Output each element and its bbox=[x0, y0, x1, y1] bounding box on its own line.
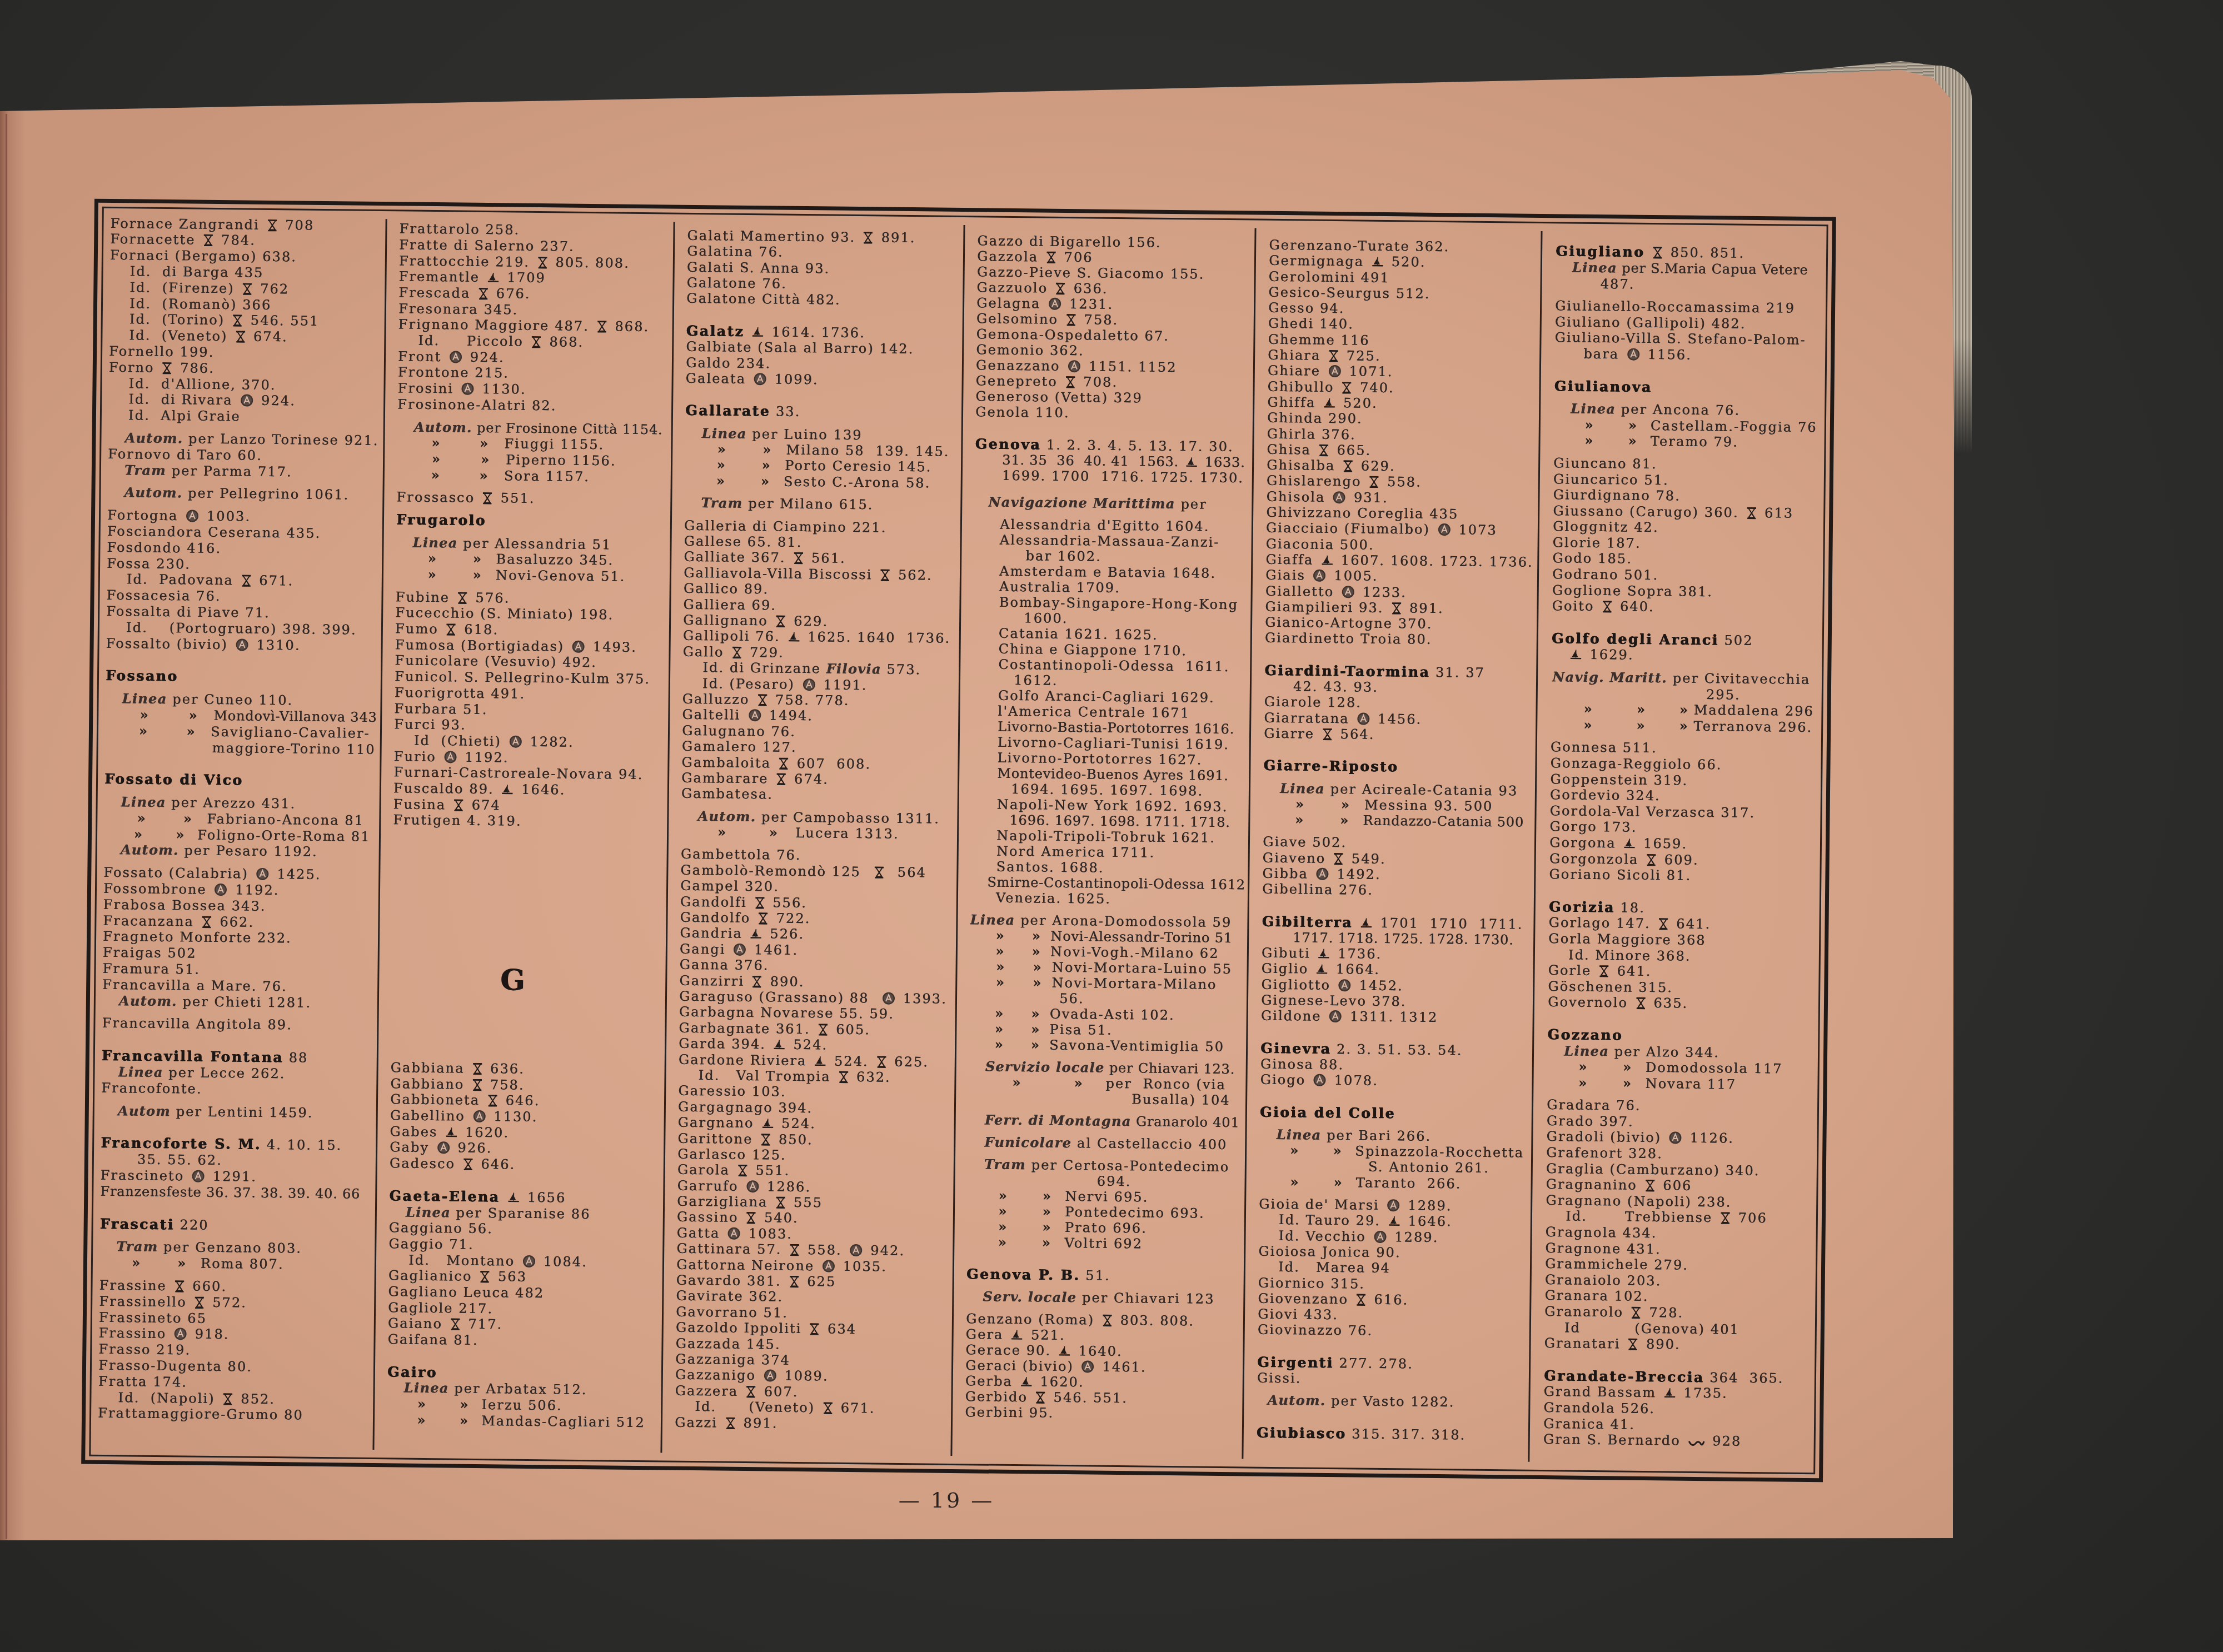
line-text: Fornovo di Taro 60. bbox=[108, 446, 262, 464]
entry-text: Gavardo 381. bbox=[676, 1272, 787, 1289]
service-type-label: Tram bbox=[701, 495, 742, 511]
station-heading-name: Gorizia bbox=[1549, 899, 1615, 915]
entry-text: 607 608. bbox=[791, 755, 871, 771]
ditto-mark-icon: » bbox=[1340, 812, 1348, 828]
entry-text: Piperno 1156. bbox=[506, 452, 616, 468]
connection-line: Autom. per Vasto 1282. bbox=[1257, 1393, 1527, 1411]
line-text: Sora 1157. bbox=[504, 468, 590, 485]
entry-text: 1291. bbox=[207, 1169, 257, 1185]
line-text: Gera 521. bbox=[966, 1326, 1065, 1343]
entry-text: 1612. bbox=[1014, 672, 1058, 688]
tram-icon bbox=[1065, 376, 1075, 388]
entry-text: per Luino 139 bbox=[746, 426, 862, 443]
tram-icon bbox=[776, 772, 786, 785]
entry-text: 1646. bbox=[1402, 1214, 1452, 1230]
entry-text: 1393. bbox=[898, 991, 947, 1007]
line-text: Gazzo di Bigarello 156. bbox=[977, 233, 1162, 250]
entry-text: Granara 102. bbox=[1544, 1288, 1648, 1305]
bus-icon bbox=[802, 678, 815, 691]
line-text: Gelagna 1231. bbox=[976, 295, 1113, 312]
entry-text: 625 bbox=[801, 1274, 836, 1290]
entry-text: Basaluzzo 345. bbox=[496, 552, 614, 568]
line-text: Gabbiano 758. bbox=[390, 1076, 525, 1093]
line-text: Ierzu 506. bbox=[481, 1397, 562, 1414]
line-text: Frattamaggiore-Grumo 80 bbox=[98, 1405, 303, 1424]
line-text: Giovinazzo 76. bbox=[1258, 1322, 1373, 1339]
index-entry: Frosinone-Alatri 82. bbox=[397, 396, 670, 415]
entry-text: Gragnone 431. bbox=[1545, 1240, 1661, 1257]
line-text: Ghisalba 629. bbox=[1267, 457, 1395, 475]
line-text: Ginosa 88. bbox=[1260, 1056, 1344, 1073]
entry-text: Gazzola bbox=[977, 248, 1044, 264]
entry-text: Garessio 103. bbox=[678, 1083, 786, 1100]
ditto-mark-icon: » bbox=[176, 827, 184, 843]
station-heading-name: Ginevra bbox=[1260, 1040, 1331, 1056]
entry-text: Fornovo di Taro 60. bbox=[108, 446, 262, 463]
ditto-connection-line: »»Randazzo-Catania 500 bbox=[1263, 812, 1533, 830]
line-text: 56. bbox=[1059, 991, 1084, 1006]
entry-text: 635. bbox=[1648, 995, 1688, 1011]
line-text: Gazzuolo 636. bbox=[976, 280, 1108, 296]
index-entry: Frattamaggiore-Grumo 80 bbox=[98, 1405, 371, 1424]
entry-text: Gaglianico bbox=[388, 1268, 478, 1285]
line-text: Giais 1005. bbox=[1265, 567, 1378, 584]
line-text: Generoso (Vetta) 329 bbox=[975, 388, 1143, 406]
line-text: Frabosa Bossea 343. bbox=[103, 897, 266, 915]
entry-text: Fossalta di Piave 71. bbox=[106, 603, 270, 621]
entry-text: 572. bbox=[207, 1295, 247, 1311]
entry-text: Giampilieri 93. bbox=[1265, 599, 1389, 616]
line-text: Gissi. bbox=[1257, 1370, 1302, 1386]
line-text: Frasso-Dugenta 80. bbox=[98, 1357, 252, 1375]
line-text: Frattarolo 258. bbox=[399, 221, 520, 238]
entry-text: Novara 117 bbox=[1645, 1076, 1736, 1092]
service-type-label: Linea bbox=[970, 911, 1015, 928]
bus-icon bbox=[1357, 712, 1370, 725]
entry-text: Id. Marea 94 bbox=[1278, 1259, 1390, 1276]
bus-icon bbox=[472, 1110, 486, 1123]
line-text: Gerbido 546. 551. bbox=[965, 1389, 1128, 1406]
entry-text: 636. bbox=[485, 1061, 525, 1077]
entry-text: 616. bbox=[1368, 1292, 1408, 1308]
entry-text: 2. 3. 51. 53. 54. bbox=[1331, 1041, 1463, 1058]
connection-line: Tram per Parma 717. bbox=[108, 462, 381, 481]
bus-icon bbox=[882, 992, 895, 1005]
entry-text: Giovinazzo 76. bbox=[1258, 1322, 1373, 1339]
entry-text: 1425. bbox=[271, 866, 321, 882]
line-text: Gioia del Colle bbox=[1260, 1104, 1395, 1121]
tram-icon bbox=[194, 1296, 205, 1309]
entry-text: Goppenstein 319. bbox=[1550, 771, 1688, 788]
entry-text: per Milano 615. bbox=[742, 496, 873, 512]
line-text: Gerbini 95. bbox=[965, 1404, 1054, 1421]
index-entry: Francavilla Angitola 89. bbox=[102, 1015, 375, 1034]
line-text: Galugnano 76. bbox=[682, 723, 796, 740]
line-text: Giubiasco 315. 317. 318. bbox=[1257, 1425, 1466, 1443]
section-heading: Giarre-Riposto bbox=[1263, 758, 1533, 776]
entry-text: 931. bbox=[1348, 490, 1388, 506]
bus-icon bbox=[256, 867, 269, 881]
entry-text: Id. Val Trompia bbox=[698, 1067, 836, 1085]
entry-text: Godo 185. bbox=[1552, 551, 1632, 567]
entry-text: 1600. bbox=[1024, 610, 1068, 626]
index-entry: Fossalto (bivio) 1310. bbox=[106, 635, 379, 654]
entry-text: 646. bbox=[500, 1093, 540, 1109]
entry-text: Franzensfeste 36. 37. 38. 39. 40. 66 bbox=[100, 1184, 360, 1202]
entry-text: Roma 807. bbox=[201, 1256, 284, 1272]
line-text: Ghiffa 520. bbox=[1267, 395, 1378, 411]
line-text: Gargagnago 394. bbox=[678, 1099, 813, 1116]
ship-icon bbox=[1316, 963, 1328, 976]
connection-line: Autom. per Pellegrino 1061. bbox=[107, 485, 381, 503]
line-text: Ghislarengo 558. bbox=[1267, 473, 1422, 490]
entry-text: Francofonte. bbox=[101, 1080, 202, 1097]
ditto-mark-icon: » bbox=[1333, 1143, 1341, 1159]
line-text: Foligno-Orte-Roma 81 bbox=[197, 827, 371, 845]
line-text: Forno 786. bbox=[109, 360, 215, 377]
line-text: Ghisola 931. bbox=[1266, 489, 1388, 506]
station-heading-name: Gozzano bbox=[1547, 1026, 1623, 1043]
entry-text: al Castellaccio 400 bbox=[1071, 1135, 1227, 1152]
entry-text: Galatina 76. bbox=[687, 243, 784, 260]
ship-icon bbox=[1321, 554, 1333, 567]
line-text: Gambatesa. bbox=[681, 786, 773, 802]
tram-icon bbox=[457, 591, 468, 604]
entry-text: 33. bbox=[770, 404, 800, 420]
entry-text: 641. bbox=[1612, 963, 1652, 979]
line-text: Gattorna Neirone 1035. bbox=[676, 1256, 887, 1274]
entry-text: per Campobasso 1311. bbox=[756, 809, 940, 826]
tram-icon bbox=[450, 1318, 460, 1331]
line-text: Autom. per Vasto 1282. bbox=[1267, 1393, 1454, 1410]
entry-text: per Chieti 1281. bbox=[177, 994, 311, 1011]
entry-text: Furci 93. bbox=[394, 717, 466, 733]
entry-text: Gaggio 71. bbox=[388, 1236, 473, 1252]
entry-text: Gorgo 173. bbox=[1549, 819, 1637, 836]
line-text: 1629. bbox=[1567, 647, 1633, 663]
entry-text: Livorno-Portotorres 1627. bbox=[997, 750, 1202, 767]
line-text: Gairo bbox=[387, 1364, 437, 1381]
entry-text: 1192. bbox=[459, 749, 509, 765]
entry-text: Frignano Maggiore 487. bbox=[398, 317, 595, 335]
line-text: 42. 43. 93. bbox=[1293, 678, 1378, 695]
line-text: Giarre 564. bbox=[1264, 726, 1375, 742]
service-type-label: Autom. bbox=[119, 992, 177, 1009]
ditto-connection-line: »»Roma 807. bbox=[99, 1255, 373, 1274]
line-text: Gonnesa 511. bbox=[1551, 740, 1657, 757]
bus-icon bbox=[240, 394, 253, 407]
ditto-mark-icon: » bbox=[432, 451, 440, 467]
index-column-2: Frattarolo 258.Fratte di Salerno 237.Fra… bbox=[373, 211, 674, 1460]
entry-text: Funicol. S. Pellegrino-Kulm 375. bbox=[395, 669, 650, 687]
tram-icon bbox=[789, 1244, 800, 1256]
line-text: Giave 502. bbox=[1263, 834, 1347, 851]
entry-text: Gemonio 362. bbox=[976, 342, 1084, 358]
line-text: Busalla) 104 bbox=[1132, 1091, 1230, 1108]
ditto-mark-icon: » bbox=[1628, 417, 1637, 433]
entry-text: Gesico-Seurgus 512. bbox=[1268, 285, 1430, 302]
line-text: Giampilieri 93. 891. bbox=[1265, 599, 1444, 617]
entry-text: Gragnano (Napoli) 238. bbox=[1546, 1192, 1731, 1210]
service-type-label: Autom. bbox=[1267, 1392, 1325, 1409]
service-type-label: Linea bbox=[1280, 780, 1325, 797]
bus-icon bbox=[1048, 297, 1061, 310]
entry-text: 364 365. bbox=[1704, 1370, 1783, 1386]
line-text: Frugarolo bbox=[396, 512, 486, 528]
entry-text: Garbagna Novarese 55. 59. bbox=[679, 1004, 894, 1022]
tram-icon bbox=[863, 231, 874, 244]
index-entry: Giardinetto Troia 80. bbox=[1265, 630, 1535, 648]
entry-text: Fumosa (Bortigiadas) bbox=[395, 637, 570, 654]
entry-text: Gesso 94. bbox=[1268, 300, 1344, 316]
entry-text: Gloggnitz 42. bbox=[1553, 518, 1659, 535]
line-text: Gerba 1620. bbox=[965, 1373, 1084, 1390]
ship-icon bbox=[1020, 1375, 1032, 1388]
line-text: maggiore-Torino 110 bbox=[212, 740, 376, 757]
line-text: 1612. bbox=[1014, 672, 1058, 688]
tram-icon bbox=[809, 1322, 820, 1335]
line-text: Fumo 618. bbox=[395, 621, 499, 638]
entry-text: 1493. bbox=[587, 639, 637, 655]
line-text: Grandate-Breccia 364 365. bbox=[1544, 1368, 1784, 1386]
line-text: Galliera 69. bbox=[683, 596, 776, 613]
line-text: Mandas-Cagliari 512 bbox=[481, 1413, 645, 1431]
entry-text: Gerba bbox=[965, 1373, 1018, 1389]
ship-icon bbox=[1318, 947, 1330, 960]
entry-text: 524. bbox=[787, 1037, 828, 1053]
line-text: Gigliotto 1452. bbox=[1261, 976, 1403, 994]
entry-text: Sora 1157. bbox=[504, 468, 590, 485]
line-text: Maddalena 296 bbox=[1693, 702, 1814, 720]
station-heading-name: Genova P. B. bbox=[966, 1266, 1080, 1283]
ship-icon bbox=[1623, 837, 1636, 850]
entry-text: Gordevio 324. bbox=[1550, 787, 1661, 803]
entry-text: Frossasco bbox=[396, 490, 480, 506]
entry-text: 722. bbox=[771, 910, 811, 926]
entry-text: Frassine bbox=[99, 1277, 172, 1294]
entry-text: Lucera 1313. bbox=[795, 825, 899, 842]
entry-text: Id. Tauro 29. bbox=[1279, 1212, 1386, 1229]
entry-text: China e Giappone 1710. bbox=[998, 641, 1187, 658]
bus-icon bbox=[849, 1244, 863, 1257]
line-text: Gerenzano-Turate 362. bbox=[1269, 237, 1449, 255]
line-text: Gemona-Ospedaletto 67. bbox=[976, 326, 1169, 344]
entry-text: Fiuggi 1155. bbox=[504, 436, 604, 453]
entry-text: Galatone 76. bbox=[686, 275, 787, 292]
line-text: Ghedi 140. bbox=[1268, 316, 1354, 332]
entry-text: Giardinetto Troia 80. bbox=[1265, 630, 1432, 647]
entry-text: per Alessandria 51 bbox=[457, 535, 611, 552]
line-text: Gragnano (Napoli) 238. bbox=[1546, 1192, 1731, 1210]
line-text: Grammichele 279. bbox=[1545, 1256, 1688, 1273]
service-type-label: Servizio locale bbox=[985, 1058, 1105, 1075]
entry-text: 708 bbox=[280, 217, 314, 233]
entry-text: Id. (Firenze) bbox=[129, 280, 240, 296]
line-text: Fosdondo 416. bbox=[107, 540, 221, 557]
entry-text: 660. bbox=[187, 1279, 227, 1295]
line-text: Alessandria-Massaua-Zanzi- bbox=[1000, 532, 1220, 550]
line-text: 1717. 1718. 1725. 1728. 1730. bbox=[1293, 930, 1514, 947]
entry-text: Gavirate 362. bbox=[676, 1288, 783, 1305]
line-text: Id (Chieti) 1282. bbox=[414, 733, 574, 751]
entry-text: Gallignano bbox=[683, 612, 774, 629]
entry-text: Id. (Pesaro) bbox=[702, 676, 800, 692]
line-text: Id. di Grinzane Filovia 573. bbox=[702, 660, 921, 678]
tram-icon bbox=[725, 1416, 736, 1429]
entry-text: Galati S. Anna 93. bbox=[687, 259, 830, 276]
ditto-mark-icon: » bbox=[480, 436, 488, 452]
entry-text: 662. bbox=[214, 914, 254, 930]
entry-text: Ghislarengo bbox=[1267, 473, 1367, 490]
entry-text: 42. 43. 93. bbox=[1293, 678, 1378, 695]
entry-text: Gaiano bbox=[388, 1316, 448, 1332]
section-heading: Giubiasco 315. 317. 318. bbox=[1257, 1425, 1527, 1443]
ditto-mark-icon: » bbox=[1042, 1219, 1050, 1235]
line-text: Serv. locale per Chiavari 123 bbox=[983, 1289, 1214, 1306]
tram-icon bbox=[1055, 282, 1066, 295]
line-text: Mondovì-Villanova 343 bbox=[213, 708, 377, 726]
ditto-mark-icon: » bbox=[1290, 1174, 1298, 1190]
entry-text: 1659. bbox=[1638, 836, 1687, 852]
tram-icon bbox=[876, 1055, 886, 1068]
line-text: Galtelli 1494. bbox=[682, 707, 813, 724]
line-text: Giardinetto Troia 80. bbox=[1265, 630, 1432, 647]
ditto-mark-icon: » bbox=[427, 567, 436, 583]
line-text: Novi-Vogh.-Milano 62 bbox=[1050, 944, 1219, 961]
line-text: Gorizia 18. bbox=[1549, 899, 1645, 916]
connection-line: Autom. per Pesaro 1192. bbox=[104, 842, 377, 861]
entry-text: Granatari bbox=[1544, 1335, 1626, 1352]
entry-text: Busalla) 104 bbox=[1132, 1091, 1230, 1108]
ship-icon bbox=[1569, 648, 1582, 661]
line-text: Giarratana 1456. bbox=[1264, 710, 1422, 727]
ditto-mark-icon: » bbox=[1031, 1021, 1039, 1037]
line-text: Giulianova bbox=[1554, 378, 1652, 395]
index-entry: Genola 110. bbox=[975, 404, 1251, 422]
line-text: Furci 93. bbox=[394, 717, 466, 733]
tram-icon bbox=[789, 1275, 799, 1288]
ditto-mark-icon: » bbox=[137, 810, 145, 826]
entry-text: Gibuti bbox=[1262, 945, 1316, 961]
line-text: Frassine 660. bbox=[99, 1277, 227, 1295]
entry-text: Gelsomino bbox=[976, 311, 1064, 327]
entry-text: 1699. 1700 1716. 1725. 1730. bbox=[1002, 467, 1244, 486]
line-text: Linea per Lecce 262. bbox=[118, 1064, 285, 1082]
ship-icon bbox=[507, 1191, 520, 1204]
entry-text: 629. bbox=[1355, 458, 1395, 475]
line-text: Gazzi 891. bbox=[675, 1414, 778, 1431]
entry-text: Giarratana bbox=[1264, 710, 1354, 726]
bus-icon bbox=[1387, 1199, 1400, 1212]
entry-text: Genola 110. bbox=[975, 404, 1070, 421]
ditto-mark-icon: » bbox=[1295, 796, 1304, 812]
entry-text: Galbiate (Sala al Barro) 142. bbox=[686, 339, 914, 357]
line-text: Genepreto 708. bbox=[976, 373, 1118, 390]
line-text: Frescada 676. bbox=[398, 285, 530, 302]
line-text: Fracanzana 662. bbox=[103, 913, 254, 931]
entry-text: Gorgona bbox=[1549, 835, 1621, 851]
entry-text: Granica 41. bbox=[1543, 1416, 1635, 1433]
entry-text: Id. (Veneto) bbox=[695, 1399, 820, 1415]
section-heading: Frascati 220 bbox=[100, 1216, 373, 1235]
ditto-mark-icon: » bbox=[996, 959, 1004, 974]
connection-line: Tram per Milano 615. bbox=[684, 495, 959, 514]
entry-text: Giacciaio (Fiumalbo) bbox=[1266, 520, 1436, 537]
index-entry: Goito 640. bbox=[1552, 598, 1820, 617]
entry-text: Gibba bbox=[1262, 866, 1313, 882]
entry-text: Napoli-New York 1692. 1693. bbox=[997, 796, 1228, 814]
line-text: Gamalero 127. bbox=[682, 738, 797, 756]
entry-text: per Lanzo Torinese 921. bbox=[183, 431, 378, 448]
tram-icon bbox=[446, 623, 456, 636]
line-text: Gagliole 217. bbox=[388, 1300, 493, 1317]
entry-text: Frosinone-Alatri 82. bbox=[397, 396, 556, 413]
tram-icon bbox=[201, 915, 212, 928]
line-text: Fossa 230. bbox=[107, 555, 191, 572]
line-text: Frascati 220 bbox=[100, 1216, 209, 1233]
entry-text: 1311. 1312 bbox=[1344, 1009, 1438, 1026]
line-text: Gavorrano 51. bbox=[676, 1304, 788, 1321]
line-text: Domodossola 117 bbox=[1646, 1060, 1783, 1077]
line-text: Gadesco 646. bbox=[390, 1155, 516, 1172]
line-text: Furio 1192. bbox=[393, 748, 509, 766]
entry-text: Gerolomini 491 bbox=[1269, 268, 1390, 285]
entry-text: 551. bbox=[495, 491, 535, 507]
entry-text: Giornico 315. bbox=[1258, 1275, 1365, 1291]
line-text: Fremantle 1709 bbox=[398, 269, 546, 286]
entry-text: 1289. bbox=[1389, 1229, 1438, 1245]
tram-icon bbox=[1631, 1306, 1641, 1319]
station-heading-name: Frascati bbox=[100, 1215, 175, 1232]
entry-text: Gavorrano 51. bbox=[676, 1304, 788, 1321]
ship-icon bbox=[1664, 1387, 1676, 1400]
entry-text: Galleria di Ciampino 221. bbox=[684, 517, 887, 535]
ditto-mark-icon: » bbox=[417, 1396, 426, 1413]
line-text: Linea per Bari 266. bbox=[1276, 1127, 1431, 1144]
line-text: Gazoldo Ippoliti 634 bbox=[676, 1320, 856, 1337]
entry-text: 558. bbox=[802, 1242, 848, 1258]
entry-text: 606 bbox=[1657, 1177, 1692, 1194]
entry-text: 1233. bbox=[1357, 584, 1407, 600]
ditto-mark-icon: » bbox=[188, 707, 197, 723]
line-text: Linea per S.Maria Capua Vetere bbox=[1572, 259, 1808, 278]
line-text: Costantinopoli-Odessa 1611. bbox=[998, 656, 1229, 674]
line-text: Gatta 1083. bbox=[676, 1225, 792, 1242]
service-type-label: Ferr. di Montagna bbox=[985, 1111, 1132, 1129]
line-text: Granara 102. bbox=[1544, 1288, 1648, 1305]
entry-text: 540. bbox=[759, 1210, 799, 1226]
line-text: Golfo Aranci-Cagliari 1629. bbox=[998, 687, 1215, 705]
line-text: Garola 551. bbox=[677, 1162, 790, 1179]
entry-text: Granarolo bbox=[1544, 1304, 1629, 1320]
tram-icon bbox=[174, 1280, 185, 1292]
line-text: Gambarare 674. bbox=[681, 770, 829, 787]
section-heading: Frugarolo bbox=[396, 512, 669, 531]
line-text: Grado 397. bbox=[1547, 1113, 1634, 1130]
entry-text: per Sparanise 86 bbox=[451, 1205, 591, 1222]
ditto-mark-icon: » bbox=[1584, 433, 1593, 449]
entry-text: per bbox=[1175, 496, 1207, 512]
entry-text: Gazzaniga 374 bbox=[675, 1351, 790, 1368]
line-text: Novi-Mortara-Luino 55 bbox=[1051, 959, 1232, 976]
entry-text: Domodossola 117 bbox=[1646, 1060, 1783, 1077]
entry-text: Ghisola bbox=[1266, 489, 1330, 505]
entry-text: Fossato (Calabria) bbox=[103, 865, 253, 882]
entry-text: Fuscaldo 89. bbox=[393, 780, 500, 797]
line-text: Fossacesia 76. bbox=[106, 587, 221, 605]
entry-text: 1717. 1718. 1725. 1728. 1730. bbox=[1293, 930, 1514, 947]
line-text: Gangi 1461. bbox=[680, 941, 798, 959]
